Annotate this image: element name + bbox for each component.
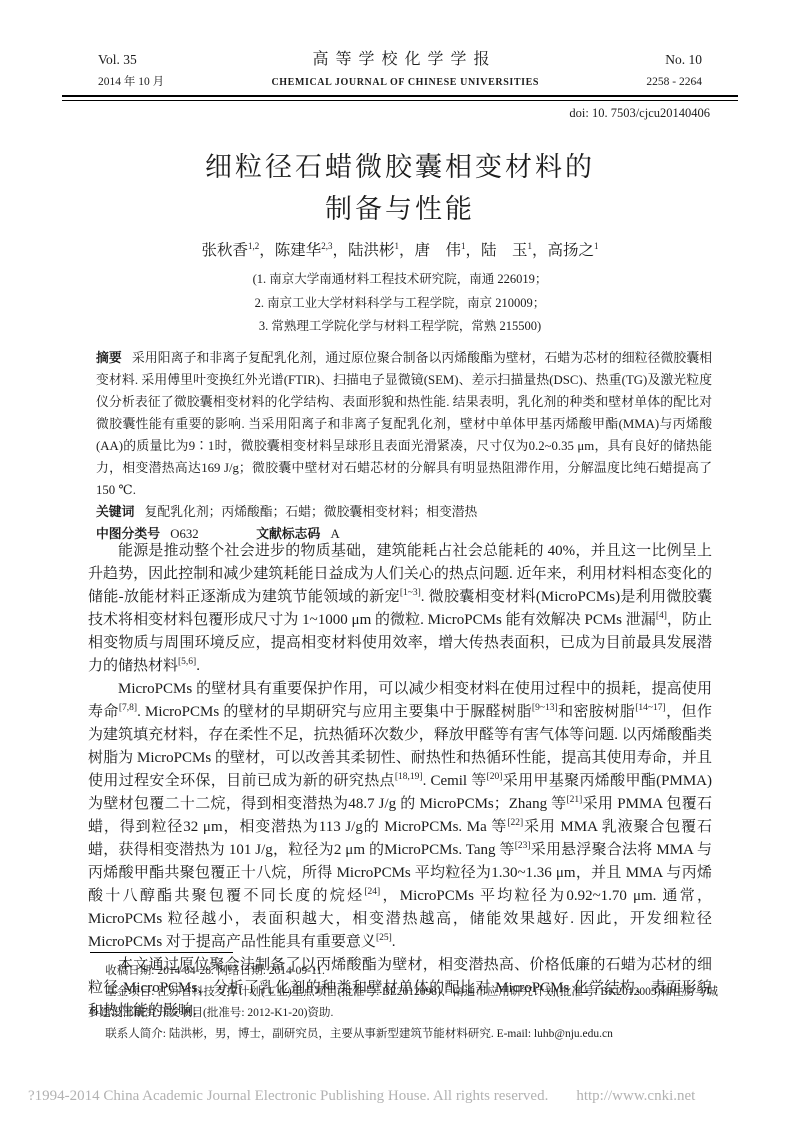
header-divider: [62, 95, 738, 101]
volume-label: Vol. 35: [98, 52, 137, 68]
copyright-text: ?1994-2014 China Academic Journal Electr…: [28, 1088, 548, 1104]
abstract-block: 摘要采用阳离子和非离子复配乳化剂，通过原位聚合制备以丙烯酸酯为壁材，石蜡为芯材的…: [96, 347, 712, 545]
journal-header: Vol. 35 高等学校化学学报 No. 10 2014 年 10 月 CHEM…: [62, 46, 738, 101]
author-list: 张秋香1,2，陈建华2,3，陆洪彬1，唐 伟1，陆 玉1，高扬之1: [0, 238, 800, 260]
clc-label: 中图分类号: [96, 527, 160, 541]
affiliation-1: (1. 南京大学南通材料工程技术研究院，南通 226019；: [0, 268, 800, 292]
doc-code-value: A: [330, 527, 339, 541]
footnote-block: 收稿日期: 2014-04-28. 网络日期: 2014-09-11. 基金项目…: [88, 961, 718, 1045]
clc-number: O632: [170, 527, 198, 541]
journal-title-cn: 高等学校化学学报: [306, 46, 497, 69]
article-title-line2: 制备与性能: [0, 188, 800, 230]
issue-label: No. 10: [665, 52, 702, 68]
paper-page: Vol. 35 高等学校化学学报 No. 10 2014 年 10 月 CHEM…: [0, 0, 800, 1131]
footnote-divider: [90, 952, 233, 953]
abstract-label: 摘要: [96, 351, 122, 365]
body-paragraph-1: 能源是推动整个社会进步的物质基础，建筑能耗占社会总能耗的 40%，并且这一比例呈…: [88, 540, 712, 678]
doi-text: doi: 10. 7503/cjcu20140406: [569, 106, 710, 121]
body-paragraph-2: MicroPCMs 的壁材具有重要保护作用，可以减少相变材料在使用过程中的损耗，…: [88, 678, 712, 954]
received-date-line: 收稿日期: 2014-04-28. 网络日期: 2014-09-11.: [88, 961, 718, 982]
abstract-text: 采用阳离子和非离子复配乳化剂，通过原位聚合制备以丙烯酸酯为壁材，石蜡为芯材的细粒…: [96, 351, 712, 497]
header-row-bottom: 2014 年 10 月 CHEMICAL JOURNAL OF CHINESE …: [62, 73, 738, 89]
cnki-footer: ?1994-2014 China Academic Journal Electr…: [28, 1088, 772, 1105]
affiliation-3: 3. 常熟理工学院化学与材料工程学院，常熟 215500): [0, 315, 800, 339]
contact-line: 联系人简介: 陆洪彬，男，博士，副研究员，主要从事新型建筑节能材料研究. E-m…: [88, 1024, 718, 1045]
affiliation-list: (1. 南京大学南通材料工程技术研究院，南通 226019； 2. 南京工业大学…: [0, 268, 800, 339]
article-title: 细粒径石蜡微胶囊相变材料的 制备与性能: [0, 146, 800, 230]
funding-line: 基金项目: 江苏省科技支撑计划(工业)重点项目(批准号: BE2012098)、…: [88, 982, 718, 1024]
journal-title-en: CHEMICAL JOURNAL OF CHINESE UNIVERSITIES: [271, 77, 539, 88]
keywords-label: 关键词: [96, 505, 134, 519]
issue-date: 2014 年 10 月: [98, 73, 164, 89]
article-title-line1: 细粒径石蜡微胶囊相变材料的: [0, 146, 800, 188]
doc-code-label: 文献标志码: [256, 527, 320, 541]
keywords-text: 复配乳化剂；丙烯酸酯；石蜡；微胶囊相变材料；相变潜热: [145, 505, 478, 519]
affiliation-2: 2. 南京工业大学材料科学与工程学院，南京 210009；: [0, 292, 800, 316]
page-range: 2258 - 2264: [646, 76, 702, 88]
keywords-line: 关键词复配乳化剂；丙烯酸酯；石蜡；微胶囊相变材料；相变潜热: [96, 501, 712, 523]
article-body: 能源是推动整个社会进步的物质基础，建筑能耗占社会总能耗的 40%，并且这一比例呈…: [88, 540, 712, 1023]
abstract-paragraph: 摘要采用阳离子和非离子复配乳化剂，通过原位聚合制备以丙烯酸酯为壁材，石蜡为芯材的…: [96, 347, 712, 501]
cnki-url: http://www.cnki.net: [576, 1088, 695, 1104]
header-row-top: Vol. 35 高等学校化学学报 No. 10: [62, 46, 738, 69]
